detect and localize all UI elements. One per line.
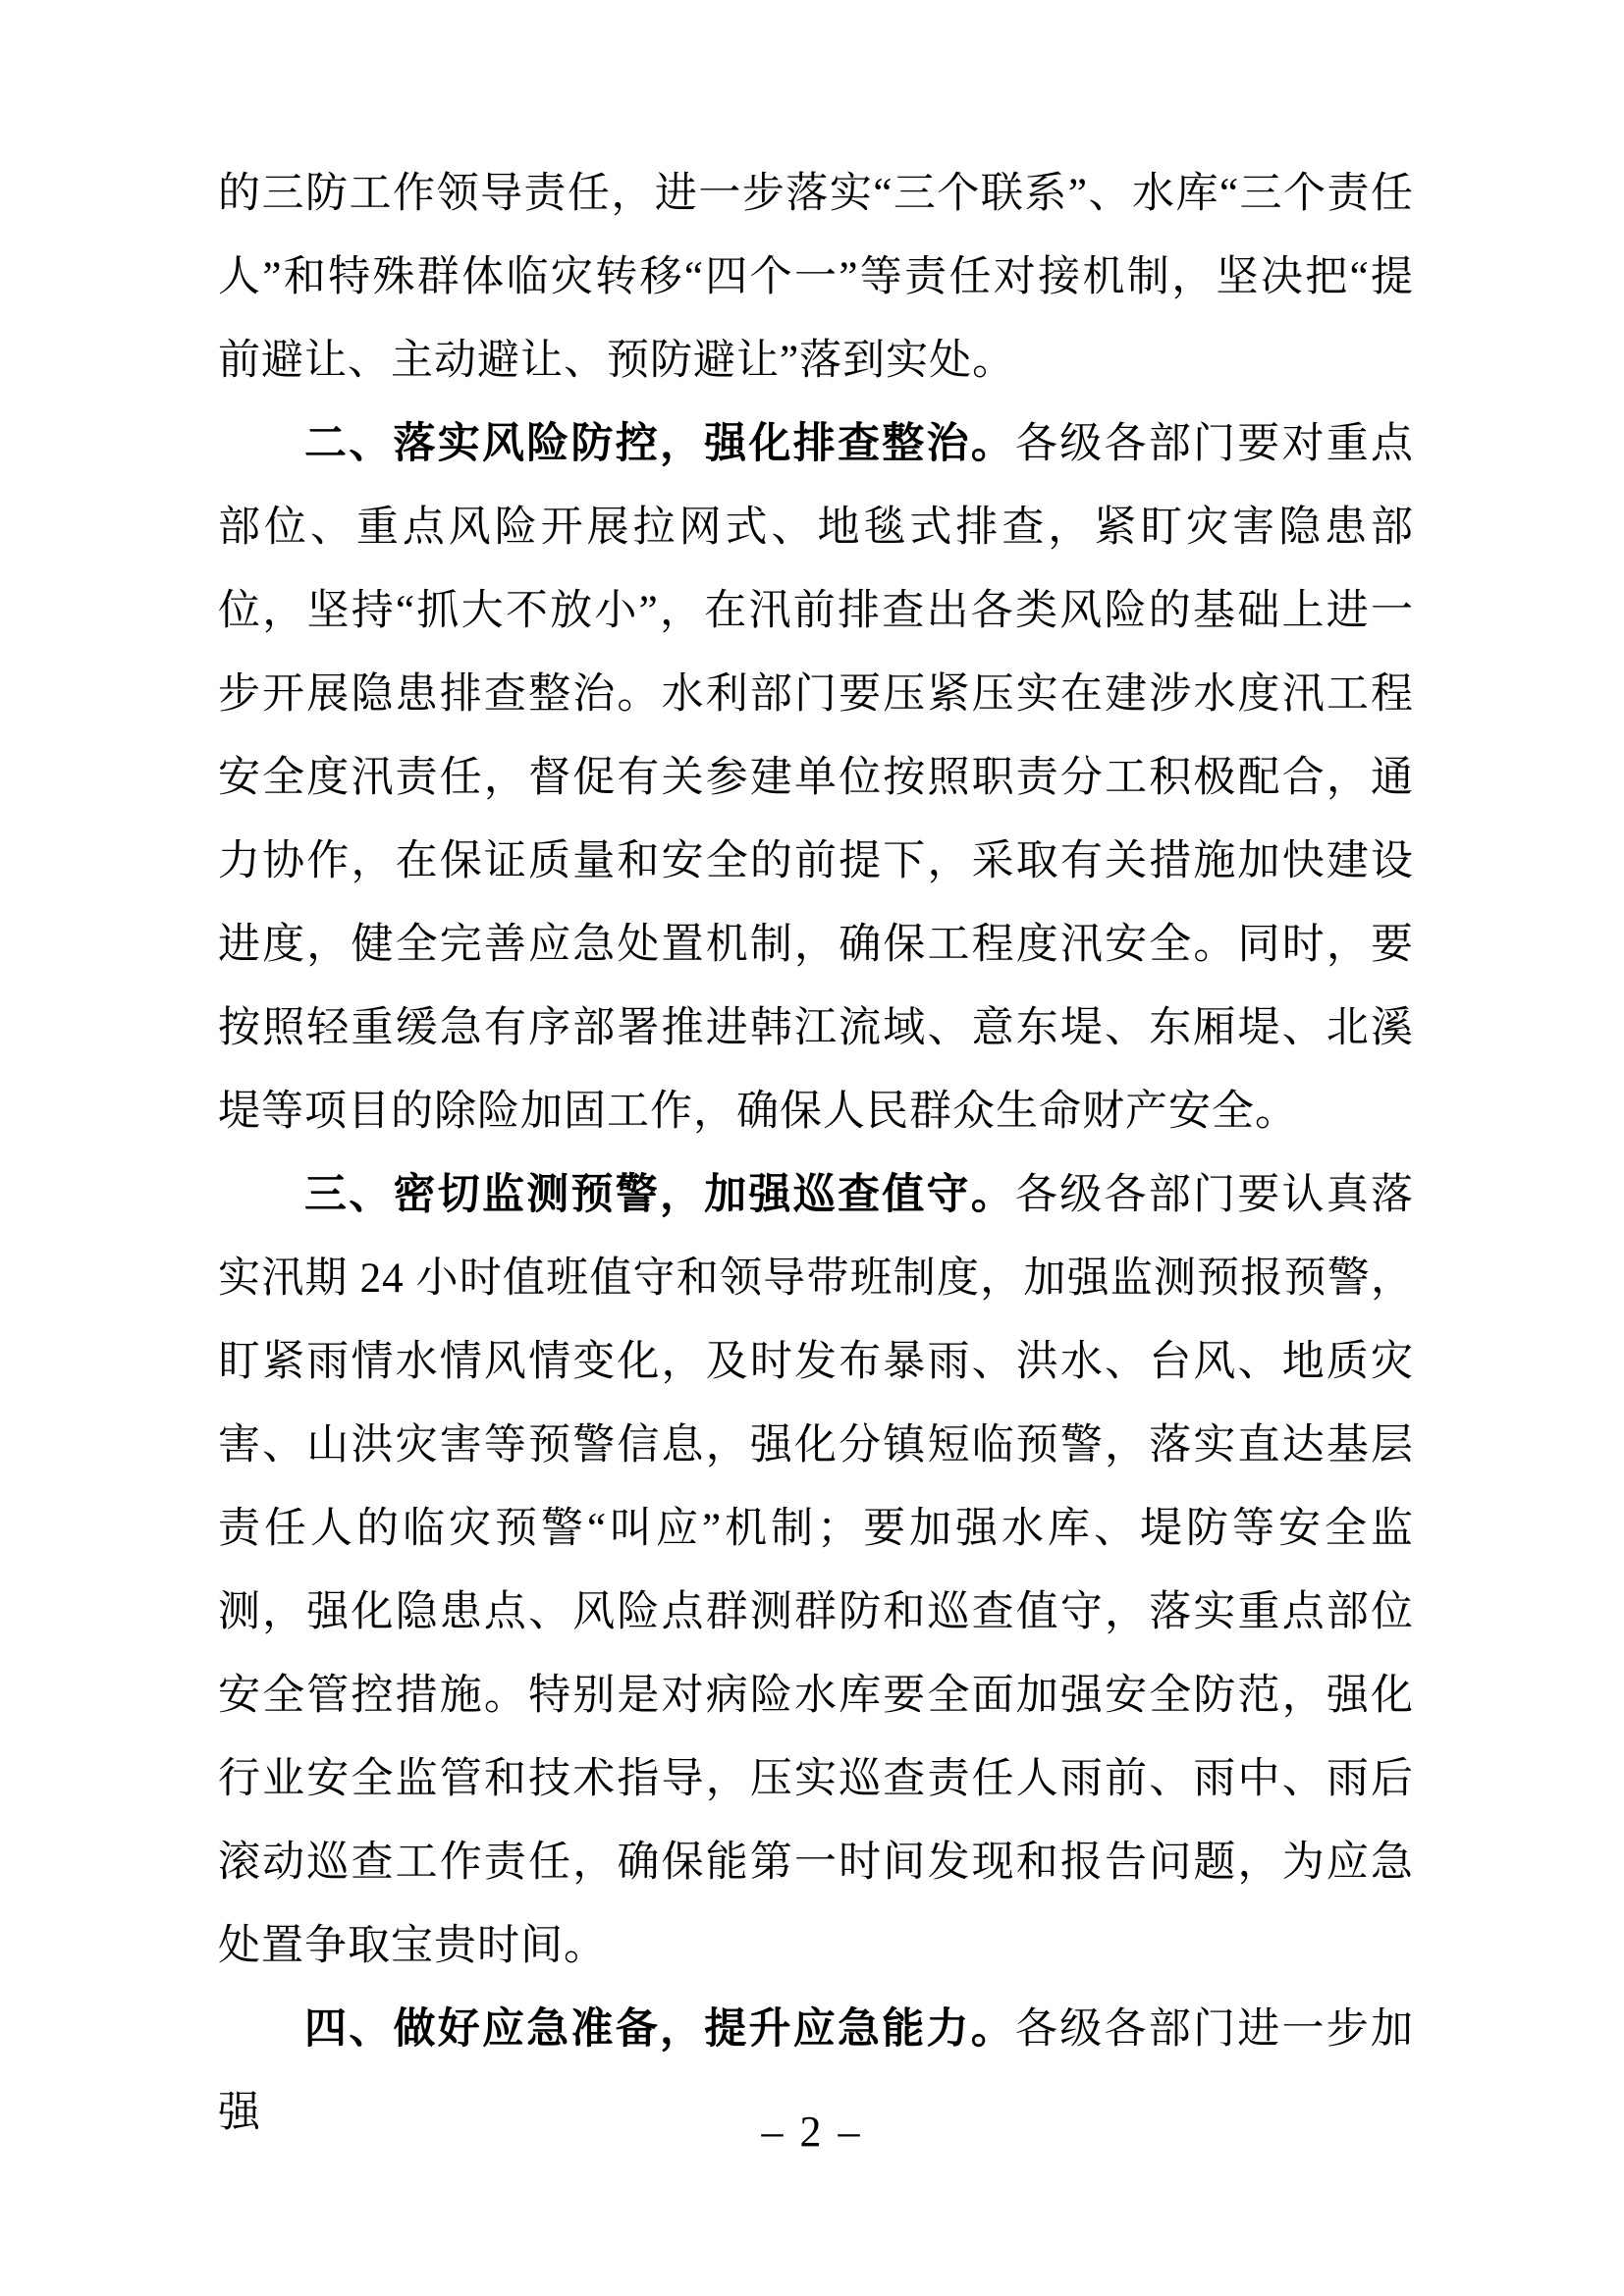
paragraph-heading: 二、落实风险防控，强化排查整治。 bbox=[304, 420, 1015, 467]
paragraph-heading: 三、密切监测预警，加强巡查值守。 bbox=[304, 1171, 1015, 1218]
paragraph: 的三防工作领导责任，进一步落实“三个联系”、水库“三个责任人”和特殊群体临灾转移… bbox=[218, 152, 1414, 402]
document-page: 的三防工作领导责任，进一步落实“三个联系”、水库“三个责任人”和特殊群体临灾转移… bbox=[0, 0, 1624, 2296]
paragraph: 三、密切监测预警，加强巡查值守。各级各部门要认真落实汛期 24 小时值班值守和领… bbox=[218, 1153, 1414, 1988]
page-number: – 2 – bbox=[0, 2107, 1624, 2157]
paragraph-text: 的三防工作领导责任，进一步落实“三个联系”、水库“三个责任人”和特殊群体临灾转移… bbox=[218, 171, 1414, 384]
paragraph-text: 各级各部门要对重点部位、重点风险开展拉网式、地毯式排查，紧盯灾害隐患部位，坚持“… bbox=[218, 421, 1414, 1135]
document-body: 的三防工作领导责任，进一步落实“三个联系”、水库“三个责任人”和特殊群体临灾转移… bbox=[218, 152, 1414, 2155]
paragraph-heading: 四、做好应急准备，提升应急能力。 bbox=[304, 2005, 1015, 2053]
paragraph: 二、落实风险防控，强化排查整治。各级各部门要对重点部位、重点风险开展拉网式、地毯… bbox=[218, 402, 1414, 1153]
paragraph-text: 各级各部门要认真落实汛期 24 小时值班值守和领导带班制度，加强监测预报预警，盯… bbox=[218, 1172, 1414, 1969]
